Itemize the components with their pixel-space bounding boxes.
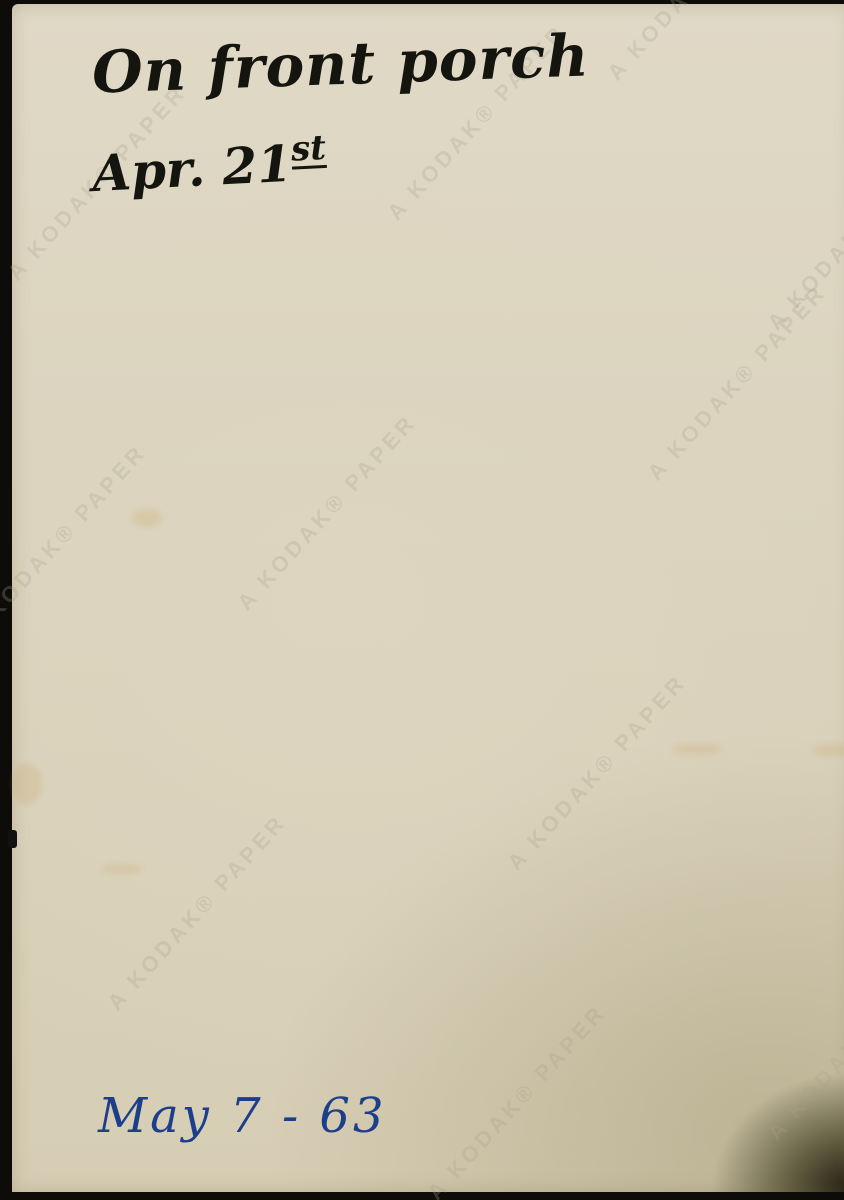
watermark: A KODAK® PAPER (102, 809, 292, 1015)
watermark: A KODAK® PAPER (762, 939, 844, 1145)
paper-stain (102, 864, 142, 874)
binder-hole-mark (8, 830, 17, 848)
scanned-photo-back: A KODAK® PAPER A KODAK® PAPER A KODAK® P… (0, 0, 844, 1200)
paper-stain (672, 744, 722, 754)
watermark: A KODAK® PAPER (602, 0, 792, 86)
watermark: A KODAK® PAPER (0, 439, 152, 645)
watermark: A KODAK® PAPER (502, 669, 692, 875)
handwritten-stamp-date: May 7 - 63 (98, 1088, 387, 1144)
watermark: A KODAK® PAPER (232, 409, 422, 615)
paper-stain (812, 744, 844, 756)
handwritten-date-main: Apr. 21 (91, 134, 294, 203)
watermark: A KODAK® PAPER (422, 999, 612, 1200)
watermark: A KODAK® PAPER (762, 129, 844, 335)
paper-stain (132, 509, 162, 527)
paper-stain (12, 764, 42, 804)
handwritten-date-suffix: st (290, 128, 327, 170)
handwritten-date: Apr. 21st (91, 132, 329, 203)
